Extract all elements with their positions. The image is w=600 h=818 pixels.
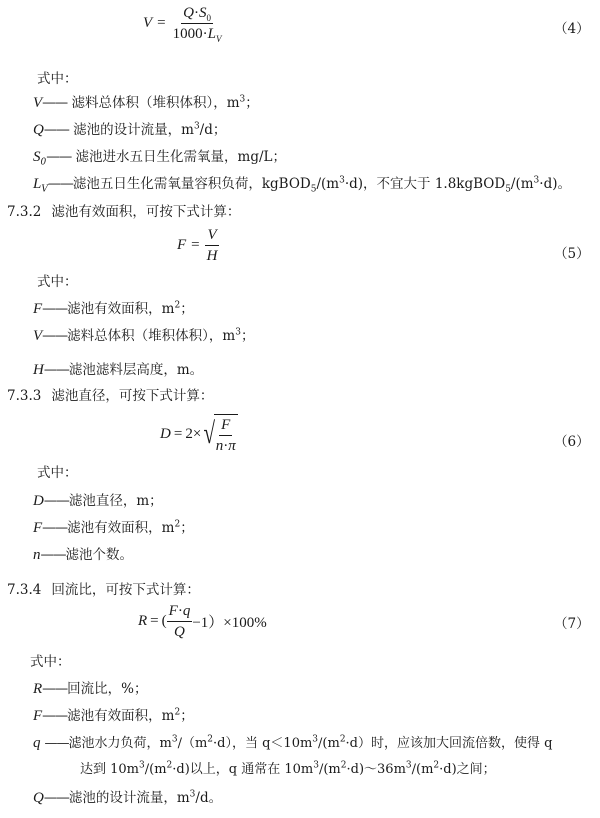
where-label: 式中：	[37, 71, 78, 87]
equation-number-7: （7）	[554, 612, 590, 632]
definition-V: V—— 滤料总体积（堆积体积），m3；	[33, 95, 259, 111]
formula-4-lhs: V	[143, 15, 152, 32]
formula-4: V = Q·S0 1000·LV	[143, 4, 223, 43]
definition-q-continued: 达到 10m3/(m2·d)以上，q 通常在 10m3/(m2·d)～36m3/…	[80, 762, 496, 778]
definition-V: V——滤料总体积（堆积体积），m3；	[33, 328, 254, 344]
equation-number-5: （5）	[554, 242, 590, 262]
section-7-3-3-heading: 7.3.3滤池直径，可按下式计算：	[7, 388, 213, 404]
equation-number-4: （4）	[554, 17, 590, 37]
formula-4-fraction: Q·S0 1000·LV	[171, 4, 224, 43]
definition-F: F——滤池有效面积，m2；	[33, 301, 194, 317]
definition-R: R——回流比，%；	[33, 681, 148, 697]
definition-LV: LV——滤池五日生化需氧量容积负荷，kgBOD5/(m3·d)，不宜大于 1.8…	[33, 176, 571, 192]
formula-6: D = 2× √ F n·π	[160, 414, 238, 455]
where-label: 式中：	[37, 274, 78, 290]
definition-F: F——滤池有效面积，m2；	[33, 520, 194, 536]
section-7-3-4-heading: 7.3.4回流比，可按下式计算：	[7, 582, 200, 598]
definition-n: n——滤池个数。	[33, 547, 133, 563]
where-label: 式中：	[30, 654, 71, 670]
equation-number-6: （6）	[554, 430, 590, 450]
formula-7: R = ( F·q Q −1）×100%	[138, 602, 267, 641]
definition-D: D——滤池直径，m；	[33, 493, 163, 509]
section-7-3-2-heading: 7.3.2滤池有效面积，可按下式计算：	[7, 204, 240, 220]
definition-q: q——滤池水力负荷，m3/（m2·d），当 q＜10m3/(m2·d）时，应该加…	[33, 735, 552, 752]
definition-Q: Q——滤池的设计流量，m3/d。	[33, 790, 222, 806]
where-label: 式中：	[37, 465, 78, 481]
definition-F: F——滤池有效面积，m2；	[33, 708, 194, 724]
formula-5: F = V H	[177, 226, 219, 265]
square-root: √ F n·π	[201, 414, 237, 455]
definition-S0: S0—— 滤池进水五日生化需氧量，mg/L；	[33, 149, 286, 165]
definition-Q: Q—— 滤池的设计流量，m3/d；	[33, 122, 226, 138]
definition-H: H——滤池滤料层高度，m。	[33, 362, 203, 378]
